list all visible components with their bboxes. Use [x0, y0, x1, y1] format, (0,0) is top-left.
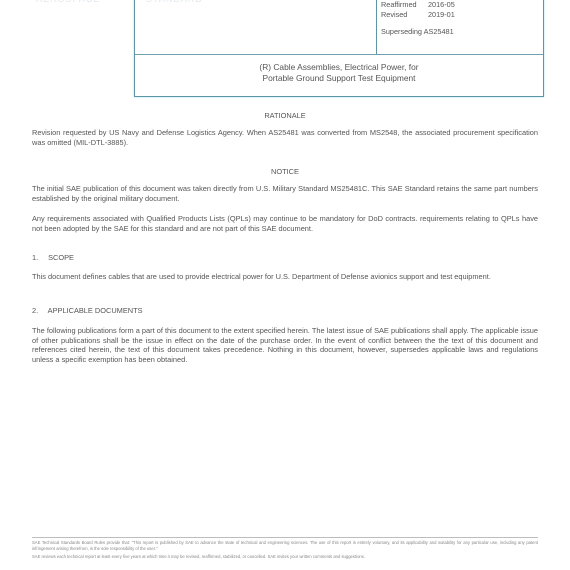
- section-title: SCOPE: [48, 253, 74, 262]
- title-line-2: Portable Ground Support Test Equipment: [135, 73, 543, 84]
- superseding-note: Superseding AS25481: [381, 27, 455, 37]
- rationale-text: Revision requested by US Navy and Defens…: [32, 128, 538, 147]
- document-title: (R) Cable Assemblies, Electrical Power, …: [135, 62, 543, 84]
- frame-horizontal-divider: [135, 54, 543, 55]
- section-2-heading: 2. APPLICABLE DOCUMENTS: [32, 306, 143, 315]
- title-frame: Reaffirmed 2016-05 Revised 2019-01 Super…: [134, 0, 544, 97]
- date-label: Revised: [381, 10, 428, 20]
- date-row-reaffirmed: Reaffirmed 2016-05: [381, 0, 455, 10]
- scope-text: This document defines cables that are us…: [32, 272, 538, 282]
- notice-paragraph-2: Any requirements associated with Qualifi…: [32, 214, 538, 233]
- notice-heading: NOTICE: [0, 167, 570, 176]
- faint-header-left: AEROSPACE: [36, 0, 100, 4]
- section-title: APPLICABLE DOCUMENTS: [48, 306, 143, 315]
- footer-divider: [32, 537, 538, 538]
- applicable-documents-text: The following publications form a part o…: [32, 326, 538, 364]
- date-value: 2016-05: [428, 0, 455, 10]
- revision-dates: Reaffirmed 2016-05 Revised 2019-01 Super…: [381, 0, 455, 37]
- section-number: 1.: [32, 253, 46, 262]
- title-line-1: (R) Cable Assemblies, Electrical Power, …: [135, 62, 543, 73]
- date-label: Reaffirmed: [381, 0, 428, 10]
- section-number: 2.: [32, 306, 46, 315]
- notice-paragraph-1: The initial SAE publication of this docu…: [32, 184, 538, 203]
- footer-disclaimer-1: SAE Technical Standards Board Rules prov…: [32, 540, 538, 552]
- date-row-revised: Revised 2019-01: [381, 10, 455, 20]
- rationale-heading: RATIONALE: [0, 111, 570, 120]
- frame-vertical-divider: [376, 0, 377, 54]
- section-1-heading: 1. SCOPE: [32, 253, 74, 262]
- footer-disclaimer-2: SAE reviews each technical report at lea…: [32, 554, 538, 560]
- date-value: 2019-01: [428, 10, 455, 20]
